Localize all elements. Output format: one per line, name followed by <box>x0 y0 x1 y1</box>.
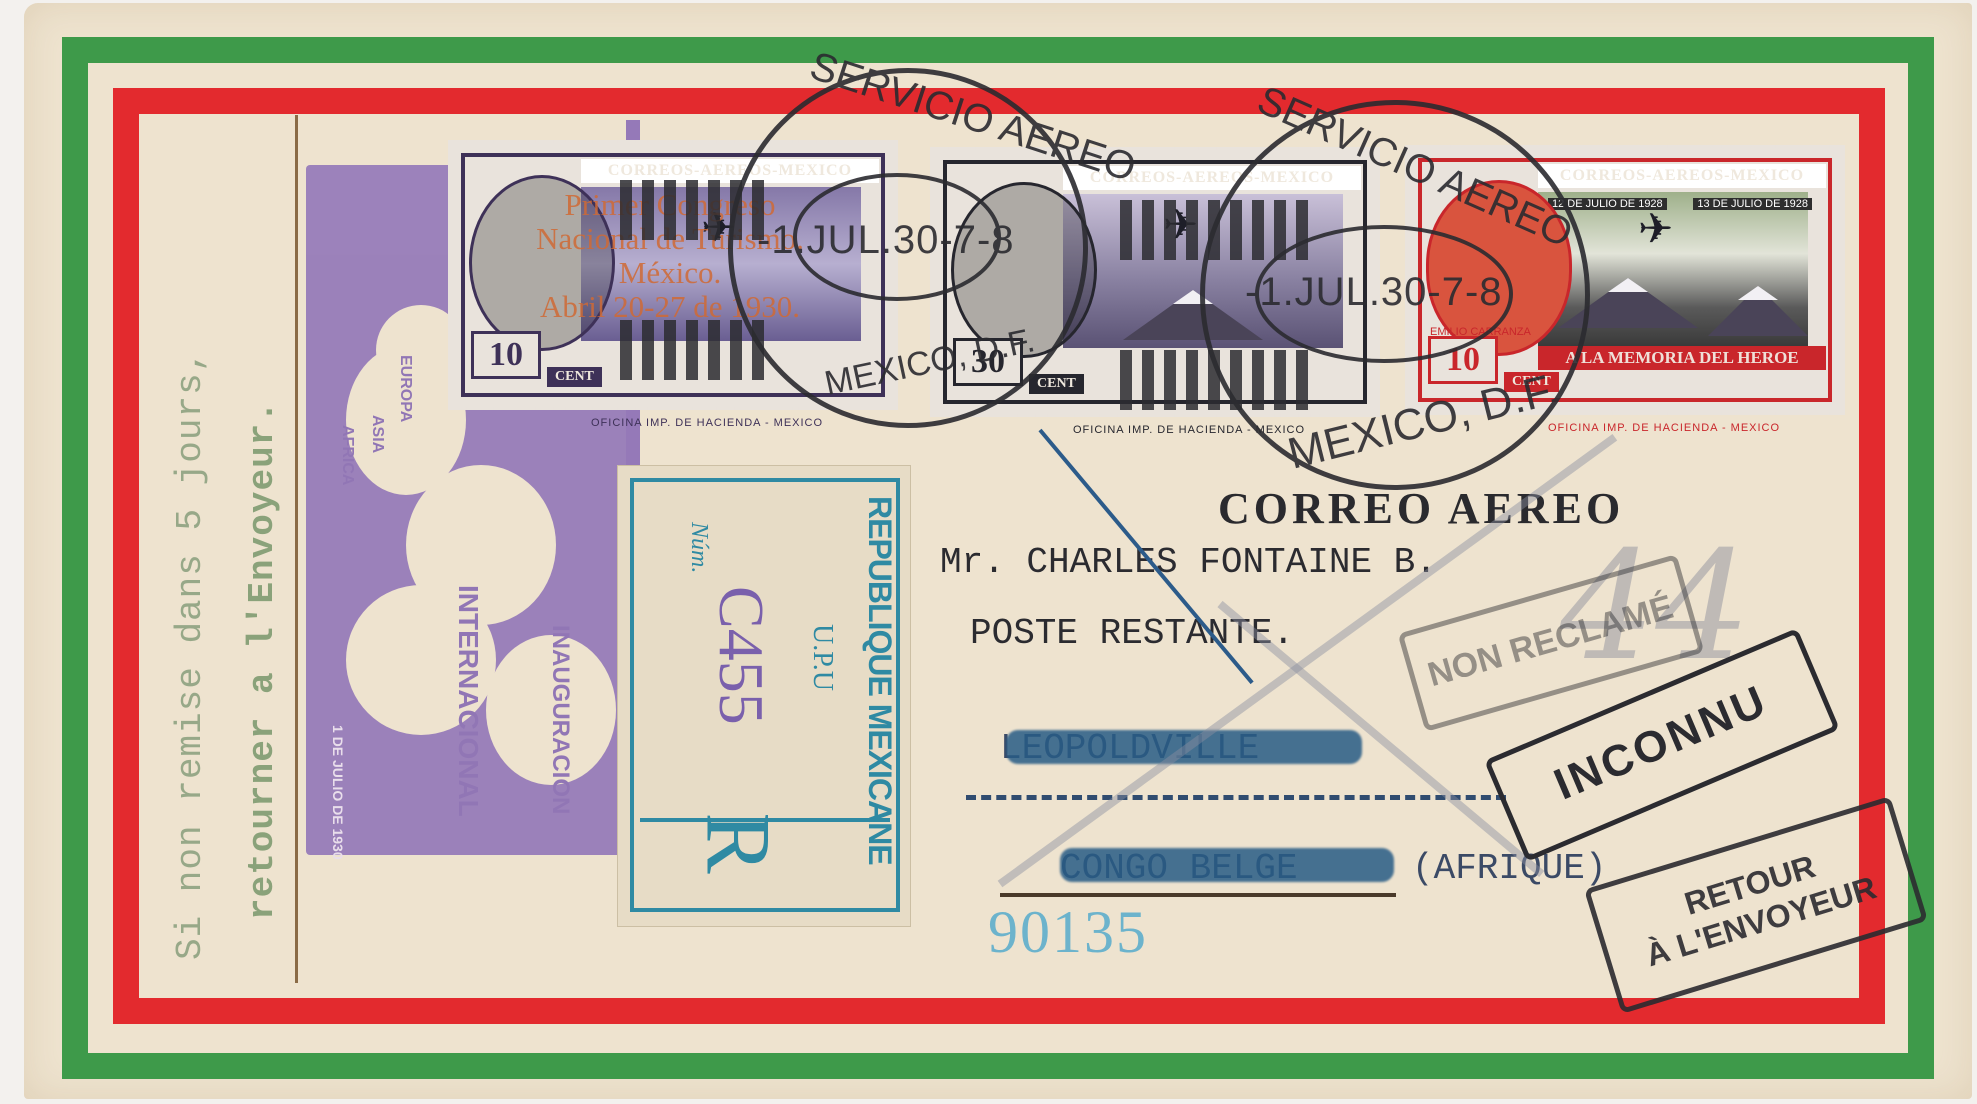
registration-label: REPUBLIQUE MEXICANE U.P.U Núm. C455 R <box>618 466 910 926</box>
cachet-date: 1 DE JULIO DE 1930 <box>330 725 346 860</box>
postmark-1: SERVICIO AEREO -1.JUL.30-7-8 MEXICO, D.F… <box>728 68 1088 428</box>
address-country: (AFRIQUE) <box>1412 848 1606 889</box>
postmark-date: -1.JUL.30-7-8 <box>1245 270 1503 315</box>
stamp-unit: CENT <box>547 367 602 387</box>
killer-bars <box>620 180 764 240</box>
receipt-number: 90135 <box>988 898 1148 967</box>
stamp-header: CORREOS-AEREOS-MEXICO <box>1538 164 1826 188</box>
mountain-shape <box>1708 286 1808 336</box>
stamp-imprint: OFICINA IMP. DE HACIENDA - MEXICO <box>1548 422 1780 434</box>
killer-bars <box>1120 200 1308 260</box>
cachet-inaugur: INAUGURACION <box>546 625 574 814</box>
stamp-value: 10 <box>471 331 541 379</box>
cachet-continent: ASIA <box>368 415 386 453</box>
side-instruction-line-2: retourner a l'Envoyeur. <box>242 400 283 920</box>
divider-line <box>295 115 298 983</box>
dashed-line <box>966 795 1506 800</box>
recipient-name: Mr. CHARLES FONTAINE B. <box>940 542 1437 583</box>
stamp-date: 13 DE JULIO DE 1928 <box>1693 198 1812 210</box>
stamp-dates: 12 DE JULIO DE 1928 13 DE JULIO DE 1928 <box>1548 198 1812 210</box>
side-instruction-line-1: Si non remise dans 5 jours, <box>170 350 211 960</box>
cachet-continent: AFRICA <box>338 425 356 485</box>
registration-country: REPUBLIQUE MEXICANE <box>861 496 898 865</box>
stamp-imprint: OFICINA IMP. DE HACIENDA - MEXICO <box>591 417 823 429</box>
killer-bars <box>1120 350 1308 410</box>
killer-bars <box>620 320 764 380</box>
registration-number: C455 <box>704 586 778 725</box>
postmark-date: -1.JUL.30-7-8 <box>757 218 1015 263</box>
postmark-arc-bottom: MEXICO, D.F. <box>821 321 1038 404</box>
registration-num-label: Núm. <box>685 522 712 573</box>
registration-letter: R <box>686 812 792 873</box>
cachet-title: INTERNACIONAL <box>452 585 484 817</box>
airplane-icon: ✈ <box>1638 204 1673 254</box>
stamp-unit: CENT <box>1029 374 1084 394</box>
registration-upu: U.P.U <box>806 624 838 691</box>
postmark-2: SERVICIO AEREO -1.JUL.30-7-8 MEXICO, D.F… <box>1200 100 1590 490</box>
cachet-continent: EUROPA <box>396 355 414 422</box>
blue-crayon-strike <box>1060 848 1394 882</box>
address-underline <box>1000 893 1396 897</box>
